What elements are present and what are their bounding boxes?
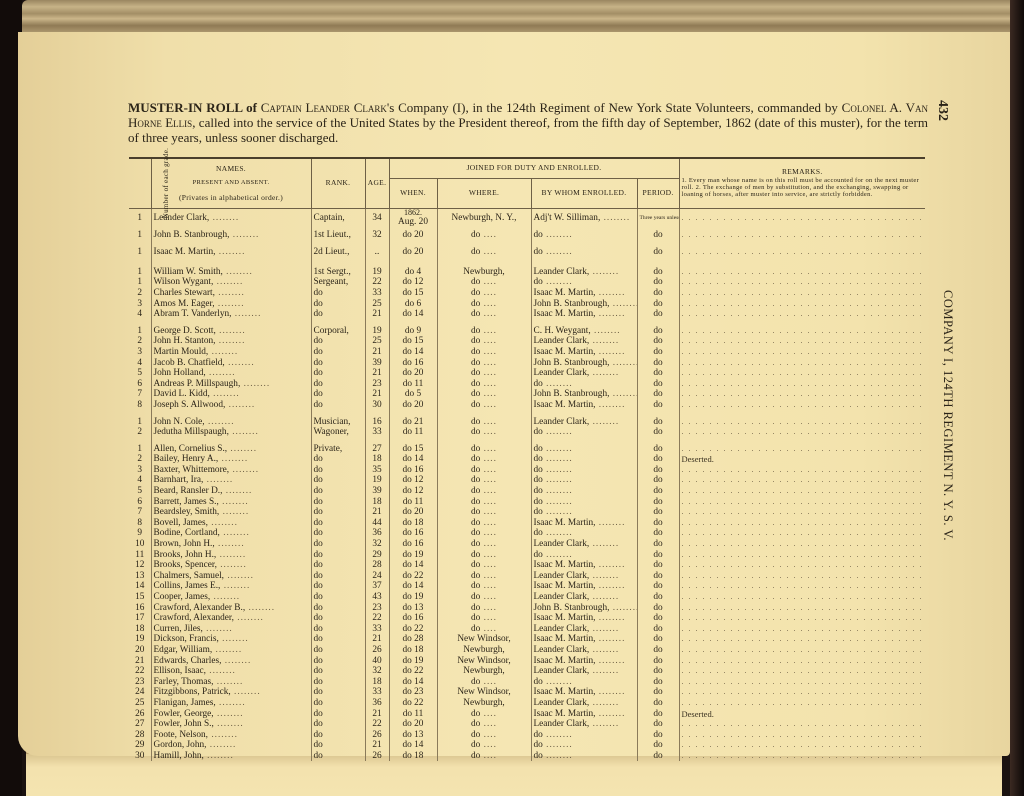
dot-leader: ........ (595, 347, 625, 357)
cell-num: 1 (129, 208, 151, 227)
dot-leader: ........ (543, 454, 573, 464)
cell-where: do .... (437, 378, 531, 389)
cell-period: do (637, 560, 679, 571)
dot-leader: . . . . . . . . . . . . . . . . . . . . … (682, 719, 924, 729)
dot-leader: ........ (213, 677, 243, 687)
cell-name: Beard, Ransler D., ........ (151, 486, 311, 497)
cell-remarks: . . . . . . . . . . . . . . . . . . . . … (679, 602, 925, 613)
cell-age: 39 (365, 486, 389, 497)
roll-row: 23Farley, Thomas, ........do18do 14do ..… (129, 676, 925, 687)
cell-period: do (637, 454, 679, 465)
cell-name: Barrett, James S., ........ (151, 496, 311, 507)
roll-row: 10Brown, John H., ........do32do 16do ..… (129, 539, 925, 550)
dot-leader: .... (480, 417, 497, 427)
cell-rank: do (311, 378, 365, 389)
cell-when: do 20 (389, 227, 437, 244)
dot-leader: . . . . . . . . . . . . . . . . . . . . … (682, 299, 924, 309)
cell-remarks: . . . . . . . . . . . . . . . . . . . . … (679, 571, 925, 582)
cell-whom: Isaac M. Martin, ........ (531, 288, 637, 299)
dot-leader: . . . . . . . . . . . . . . . . . . . . … (682, 309, 924, 319)
dot-leader: . . . . . . . . . . . . . . . . . . . . … (682, 379, 924, 389)
cell-period: do (637, 227, 679, 244)
cell-num: 1 (129, 416, 151, 427)
running-head: COMPANY I, 124TH REGIMENT N. Y. S. V. (940, 290, 955, 541)
cell-name: Ellison, Isaac, ........ (151, 666, 311, 677)
dot-leader: ........ (609, 358, 637, 368)
cell-name: John H. Stanton, ........ (151, 336, 311, 347)
dot-leader: ........ (210, 592, 240, 602)
cell-num: 8 (129, 400, 151, 411)
roll-row: 3Martin Mould, ........do21do 14do ....I… (129, 347, 925, 358)
dot-leader: ........ (227, 444, 257, 454)
cell-name: Dickson, Francis, ........ (151, 634, 311, 645)
cell-when: do 20 (389, 368, 437, 379)
cell-whom: Leander Clark, ........ (531, 539, 637, 550)
dot-leader: ........ (543, 751, 573, 761)
dot-leader: .... (480, 539, 497, 549)
cell-rank: 1st Sergt., (311, 267, 365, 278)
dot-leader: . . . . . . . . . . . . . . . . . . . . … (682, 497, 924, 507)
cell-remarks: . . . . . . . . . . . . . . . . . . . . … (679, 496, 925, 507)
cell-remarks: . . . . . . . . . . . . . . . . . . . . … (679, 655, 925, 666)
cell-name: Bailey, Henry A., ........ (151, 454, 311, 465)
dot-leader: ........ (543, 427, 573, 437)
roll-row: 13Chalmers, Samuel, ........do24do 22do … (129, 571, 925, 582)
header-joined: Joined for duty and enrolled. (389, 158, 679, 178)
roll-row: 5John Holland, ........do21do 20do ....L… (129, 368, 925, 379)
roll-row: 6Barrett, James S., ........do18do 11do … (129, 496, 925, 507)
dot-leader: ........ (208, 518, 238, 528)
cell-name: Chalmers, Samuel, ........ (151, 571, 311, 582)
cell-whom: Isaac M. Martin, ........ (531, 613, 637, 624)
dot-leader: ........ (543, 740, 573, 750)
cell-age: 37 (365, 581, 389, 592)
dot-leader: . . . . . . . . . . . . . . . . . . . . … (682, 368, 924, 378)
roll-row: 4Abram T. Vanderlyn, ........do21do 14do… (129, 309, 925, 320)
cell-where: do .... (437, 528, 531, 539)
cell-whom: Isaac M. Martin, ........ (531, 687, 637, 698)
roll-row: 30Hamill, John, ........do26do 18do ....… (129, 751, 925, 762)
cell-period: do (637, 645, 679, 656)
header-age: Age. (365, 158, 389, 208)
dot-leader: ........ (543, 247, 573, 257)
cell-where: do .... (437, 465, 531, 476)
cell-period: do (637, 336, 679, 347)
cell-age: 21 (365, 347, 389, 358)
cell-where: do .... (437, 560, 531, 571)
cell-rank: Wagoner, (311, 427, 365, 438)
cell-name: Fowler, John S., ........ (151, 719, 311, 730)
cell-when: do 14 (389, 581, 437, 592)
cell-whom: do ........ (531, 676, 637, 687)
cell-when: do 14 (389, 560, 437, 571)
page-number: 432 (934, 100, 950, 130)
cell-name: Collins, James E., ........ (151, 581, 311, 592)
cell-rank: do (311, 549, 365, 560)
cell-when: do 20 (389, 719, 437, 730)
cell-name: Brown, John H., ........ (151, 539, 311, 550)
cell-period: do (637, 368, 679, 379)
cell-when: do 14 (389, 347, 437, 358)
cell-num: 1 (129, 267, 151, 278)
cell-rank: do (311, 336, 365, 347)
cell-when: do 16 (389, 613, 437, 624)
cell-period: do (637, 507, 679, 518)
dot-leader: ........ (231, 687, 261, 697)
cell-where: do .... (437, 454, 531, 465)
cell-where: do .... (437, 539, 531, 550)
cell-remarks: . . . . . . . . . . . . . . . . . . . . … (679, 465, 925, 476)
cell-rank: do (311, 475, 365, 486)
cell-when: do 16 (389, 465, 437, 476)
cell-period: do (637, 602, 679, 613)
cell-period: do (637, 465, 679, 476)
dot-leader: . . . . . . . . . . . . . . . . . . . . … (682, 528, 924, 538)
cell-whom: do ........ (531, 729, 637, 740)
dot-leader: ........ (214, 709, 244, 719)
cell-remarks: . . . . . . . . . . . . . . . . . . . . … (679, 400, 925, 411)
dot-leader: ........ (216, 326, 246, 336)
dot-leader: ........ (229, 427, 259, 437)
cell-num: 16 (129, 602, 151, 613)
cell-where: do .... (437, 427, 531, 438)
cell-whom: Isaac M. Martin, ........ (531, 309, 637, 320)
cell-num: 9 (129, 528, 151, 539)
dot-leader: ........ (225, 358, 255, 368)
dot-leader: ........ (589, 666, 619, 676)
dot-leader: ........ (595, 518, 625, 528)
roll-row: 4Jacob B. Chatfield, ........do39do 16do… (129, 357, 925, 368)
cell-remarks: . . . . . . . . . . . . . . . . . . . . … (679, 624, 925, 635)
cell-whom: do ........ (531, 486, 637, 497)
cell-num: 7 (129, 389, 151, 400)
cell-where: do .... (437, 592, 531, 603)
dot-leader: .... (480, 709, 497, 719)
cell-num: 3 (129, 298, 151, 309)
cell-rank: do (311, 613, 365, 624)
dot-leader: . . . . . . . . . . . . . . . . . . . . … (682, 358, 924, 368)
roll-row: 8Bovell, James, ........do44do 18do ....… (129, 518, 925, 529)
cell-where: do .... (437, 336, 531, 347)
cell-period: do (637, 298, 679, 309)
cell-name: Hamill, John, ........ (151, 751, 311, 762)
roll-row: 7Beardsley, Smith, ........do21do 20do .… (129, 507, 925, 518)
cell-age: 19 (365, 267, 389, 278)
dot-leader: ........ (219, 634, 249, 644)
cell-num: 4 (129, 475, 151, 486)
dot-leader: ........ (206, 666, 236, 676)
dot-leader: .... (480, 560, 497, 570)
roll-row: 15Cooper, James, ........do43do 19do ...… (129, 592, 925, 603)
dot-leader: . . . . . . . . . . . . . . . . . . . . … (682, 560, 924, 570)
cell-whom: Isaac M. Martin, ........ (531, 518, 637, 529)
dot-leader: ........ (543, 730, 573, 740)
dot-leader: ........ (543, 497, 573, 507)
cell-rank: do (311, 740, 365, 751)
dot-leader: ........ (223, 267, 253, 277)
cell-when: do 14 (389, 309, 437, 320)
cell-rank: do (311, 687, 365, 698)
cell-name: Allen, Cornelius S., ........ (151, 443, 311, 454)
cell-age: 21 (365, 740, 389, 751)
dot-leader: ........ (212, 645, 242, 655)
cell-age: 34 (365, 208, 389, 227)
dot-leader: ........ (543, 486, 573, 496)
dot-leader: . . . . . . . . . . . . . . . . . . . . … (682, 389, 924, 399)
cell-whom: do ........ (531, 227, 637, 244)
cell-age: 26 (365, 729, 389, 740)
cell-age: 25 (365, 336, 389, 347)
cell-where: do .... (437, 400, 531, 411)
cell-when: 1862.Aug. 20 (389, 208, 437, 227)
dot-leader: .... (480, 613, 497, 623)
dot-leader: ........ (543, 507, 573, 517)
cell-name: Abram T. Vanderlyn, ........ (151, 309, 311, 320)
cell-whom: Leander Clark, ........ (531, 666, 637, 677)
cell-age: 33 (365, 288, 389, 299)
cell-period: do (637, 624, 679, 635)
roll-row: 17Crawford, Alexander, ........do22do 16… (129, 613, 925, 624)
dot-leader: .... (480, 740, 497, 750)
dot-leader: .... (480, 603, 497, 613)
cell-when: do 15 (389, 288, 437, 299)
cell-when: do 5 (389, 389, 437, 400)
cell-remarks: . . . . . . . . . . . . . . . . . . . . … (679, 634, 925, 645)
roll-row: 22Ellison, Isaac, ........do32do 22Newbu… (129, 666, 925, 677)
cell-where: do .... (437, 581, 531, 592)
cell-num: 5 (129, 368, 151, 379)
cell-whom: Leander Clark, ........ (531, 624, 637, 635)
cell-where: Newburgh, (437, 698, 531, 709)
dot-leader: ........ (203, 475, 233, 485)
cell-remarks: . . . . . . . . . . . . . . . . . . . . … (679, 208, 925, 227)
dot-leader: . . . . . . . . . . . . . . . . . . . . … (682, 730, 924, 740)
cell-rank: do (311, 708, 365, 719)
cell-num: 23 (129, 676, 151, 687)
cell-whom: Isaac M. Martin, ........ (531, 708, 637, 719)
cell-period: do (637, 666, 679, 677)
cell-where: Newburgh, (437, 267, 531, 278)
cell-remarks: . . . . . . . . . . . . . . . . . . . . … (679, 507, 925, 518)
dot-leader: ........ (219, 497, 249, 507)
cell-num: 6 (129, 496, 151, 507)
cell-where: Newburgh, N. Y., (437, 208, 531, 227)
dot-leader: .... (480, 400, 497, 410)
cell-rank: 2d Lieut., (311, 244, 365, 261)
cell-period: do (637, 400, 679, 411)
dot-leader: . . . . . . . . . . . . . . . . . . . . … (682, 288, 924, 298)
dot-leader: . . . . . . . . . . . . . . . . . . . . … (682, 336, 924, 346)
roll-row: 5Beard, Ransler D., ........do39do 12do … (129, 486, 925, 497)
dot-leader: . . . . . . . . . . . . . . . . . . . . … (682, 518, 924, 528)
cell-num: 14 (129, 581, 151, 592)
dot-leader: .... (480, 592, 497, 602)
cell-num: 12 (129, 560, 151, 571)
dot-leader: .... (480, 454, 497, 464)
cell-where: New Windsor, (437, 634, 531, 645)
cell-when: do 12 (389, 277, 437, 288)
cell-period: do (637, 267, 679, 278)
cell-remarks: . . . . . . . . . . . . . . . . . . . . … (679, 613, 925, 624)
cell-remarks: . . . . . . . . . . . . . . . . . . . . … (679, 751, 925, 762)
dot-leader: . . . . . . . . . . . . . . . . . . . . … (682, 267, 924, 277)
header-number: Number of each grade. (129, 158, 151, 208)
cell-age: 44 (365, 518, 389, 529)
cell-period: do (637, 751, 679, 762)
cell-whom: Leander Clark, ........ (531, 416, 637, 427)
cell-age: 26 (365, 751, 389, 762)
cell-remarks: . . . . . . . . . . . . . . . . . . . . … (679, 378, 925, 389)
cell-when: do 20 (389, 507, 437, 518)
cell-period: do (637, 486, 679, 497)
cell-whom: Adj't W. Silliman, ........ (531, 208, 637, 227)
roll-row: 6Andreas P. Millspaugh, ........do23do 1… (129, 378, 925, 389)
header-when: When. (389, 178, 437, 208)
dot-leader: . . . . . . . . . . . . . . . . . . . . … (682, 347, 924, 357)
cell-when: do 9 (389, 325, 437, 336)
cell-period: do (637, 719, 679, 730)
cell-age: 33 (365, 687, 389, 698)
dot-leader: .... (480, 326, 497, 336)
dot-leader: . . . . . . . . . . . . . . . . . . . . … (682, 475, 924, 485)
cell-remarks: . . . . . . . . . . . . . . . . . . . . … (679, 645, 925, 656)
cell-remarks: Deserted. (679, 454, 925, 465)
muster-roll-table: Number of each grade. Names. Present and… (129, 157, 925, 761)
cell-remarks: . . . . . . . . . . . . . . . . . . . . … (679, 687, 925, 698)
dot-leader: ........ (589, 417, 619, 427)
title-captain: Captain Leander Clark (261, 100, 387, 115)
cell-name: Crawford, Alexander, ........ (151, 613, 311, 624)
cell-remarks: . . . . . . . . . . . . . . . . . . . . … (679, 357, 925, 368)
cell-when: do 22 (389, 571, 437, 582)
cell-where: do .... (437, 676, 531, 687)
cell-name: Joseph S. Allwood, ........ (151, 400, 311, 411)
cell-period: do (637, 309, 679, 320)
cell-whom: do ........ (531, 443, 637, 454)
cell-remarks: . . . . . . . . . . . . . . . . . . . . … (679, 298, 925, 309)
dot-leader: ........ (595, 581, 625, 591)
dot-leader: ........ (595, 560, 625, 570)
cell-when: do 20 (389, 400, 437, 411)
cell-age: 21 (365, 634, 389, 645)
cell-rank: do (311, 368, 365, 379)
dot-leader: ........ (543, 277, 573, 287)
cell-whom: Leander Clark, ........ (531, 592, 637, 603)
dot-leader: ........ (589, 571, 619, 581)
cell-where: do .... (437, 751, 531, 762)
cell-age: 21 (365, 708, 389, 719)
dot-leader: . . . . . . . . . . . . . . . . . . . . … (682, 624, 924, 634)
cell-age: 21 (365, 309, 389, 320)
cell-num: 25 (129, 698, 151, 709)
cell-num: 28 (129, 729, 151, 740)
cell-whom: do ........ (531, 277, 637, 288)
dot-leader: .... (480, 624, 497, 634)
cell-period: do (637, 244, 679, 261)
dot-leader: ........ (218, 454, 248, 464)
cell-name: Bodine, Cortland, ........ (151, 528, 311, 539)
cell-age: 33 (365, 624, 389, 635)
dot-leader: .... (480, 751, 497, 761)
dot-leader: ........ (213, 277, 243, 287)
cell-where: do .... (437, 288, 531, 299)
roll-row: 21Edwards, Charles, ........do40do 19New… (129, 655, 925, 666)
cell-period: do (637, 740, 679, 751)
cell-period: do (637, 581, 679, 592)
cell-name: Edwards, Charles, ........ (151, 655, 311, 666)
cell-where: do .... (437, 416, 531, 427)
remark-text: Deserted. (682, 454, 714, 464)
cell-when: do 12 (389, 486, 437, 497)
dot-leader: ........ (543, 677, 573, 687)
cell-name: Brooks, John H., ........ (151, 549, 311, 560)
roll-row: 12Brooks, Spencer, ........do28do 14do .… (129, 560, 925, 571)
cell-when: do 19 (389, 549, 437, 560)
dot-leader: ........ (220, 581, 250, 591)
cell-rank: do (311, 298, 365, 309)
cell-remarks: . . . . . . . . . . . . . . . . . . . . … (679, 719, 925, 730)
cell-num: 5 (129, 486, 151, 497)
dot-leader: ........ (595, 400, 625, 410)
dot-leader: ........ (595, 656, 625, 666)
cell-whom: John B. Stanbrough, ........ (531, 357, 637, 368)
cell-num: 7 (129, 507, 151, 518)
cell-where: do .... (437, 443, 531, 454)
cell-rank: do (311, 389, 365, 400)
header-names: Names. Present and absent. (Privates in … (151, 158, 311, 208)
dot-leader: ........ (231, 309, 261, 319)
roll-row: 2Bailey, Henry A., ........do18do 14do .… (129, 454, 925, 465)
cell-when: do 15 (389, 443, 437, 454)
dot-leader: ........ (216, 698, 246, 708)
cell-name: Crawford, Alexander B., ........ (151, 602, 311, 613)
roll-row: 3Amos M. Eager, ........do25do 6do ....J… (129, 298, 925, 309)
cell-rank: do (311, 602, 365, 613)
dot-leader: . . . . . . . . . . . . . . . . . . . . … (682, 571, 924, 581)
dot-leader: ........ (589, 698, 619, 708)
dot-leader: ........ (206, 740, 236, 750)
cell-whom: do ........ (531, 528, 637, 539)
cell-num: 1 (129, 244, 151, 261)
cell-age: 16 (365, 416, 389, 427)
cell-num: 26 (129, 708, 151, 719)
cell-remarks: . . . . . . . . . . . . . . . . . . . . … (679, 244, 925, 261)
cell-remarks: . . . . . . . . . . . . . . . . . . . . … (679, 729, 925, 740)
cell-name: Charles Stewart, ........ (151, 288, 311, 299)
title-lead: MUSTER-IN ROLL of (128, 100, 261, 115)
dot-leader: . . . . . . . . . . . . . . . . . . . . … (682, 613, 924, 623)
cell-num: 11 (129, 549, 151, 560)
dot-leader: ........ (589, 719, 619, 729)
dot-leader: ........ (234, 613, 264, 623)
roll-row: 24Fitzgibbons, Patrick, ........do33do 2… (129, 687, 925, 698)
cell-remarks: . . . . . . . . . . . . . . . . . . . . … (679, 336, 925, 347)
cell-rank: do (311, 624, 365, 635)
dot-leader: .... (480, 507, 497, 517)
book-right-shadow (1010, 0, 1024, 796)
cell-num: 22 (129, 666, 151, 677)
cell-name: Martin Mould, ........ (151, 347, 311, 358)
dot-leader: ........ (204, 751, 234, 761)
cell-rank: 1st Lieut., (311, 227, 365, 244)
cell-rank: do (311, 357, 365, 368)
cell-age: 21 (365, 368, 389, 379)
cell-name: John B. Stanbrough, ........ (151, 227, 311, 244)
cell-age: 32 (365, 539, 389, 550)
dot-leader: ........ (209, 213, 239, 223)
dot-leader: ........ (217, 560, 247, 570)
cell-age: 21 (365, 507, 389, 518)
